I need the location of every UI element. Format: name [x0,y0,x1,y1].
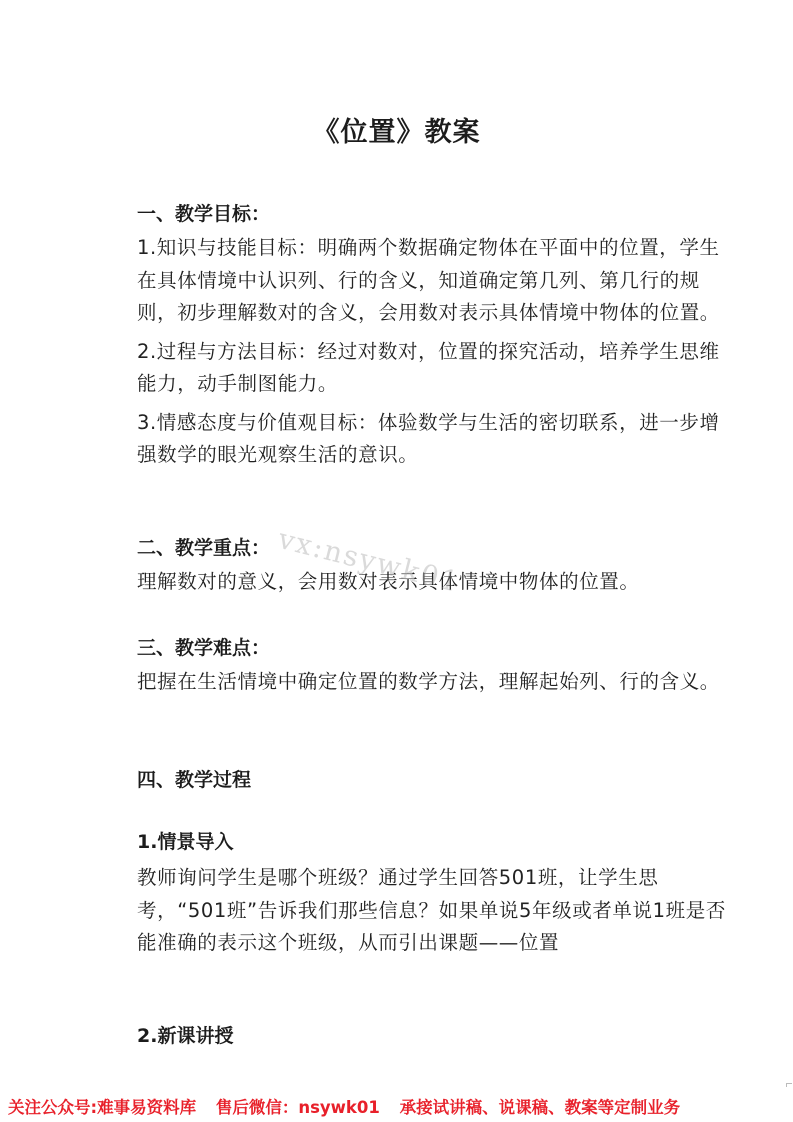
difficulty-paragraph: 把握在生活情境中确定位置的数学方法，理解起始列、行的含义。 [137,666,727,699]
subsection-heading: 1.情景导入 [137,828,727,856]
section-teaching-objectives: 一、教学目标： 1.知识与技能目标：明确两个数据确定物体在平面中的位置，学生在具… [137,200,727,472]
footer-account-text: 关注公众号:难事易资料库 [8,1098,196,1117]
objective-paragraph-1: 1.知识与技能目标：明确两个数据确定物体在平面中的位置，学生在具体情境中认识列、… [137,232,727,330]
scenario-intro-paragraph: 教师询问学生是哪个班级？通过学生回答501班，让学生思考，“501班”告诉我们那… [137,862,727,960]
footer-wechat-text: 售后微信：nsywk01 [216,1098,380,1117]
subsection-new-lesson: 2.新课讲授 [137,1022,727,1050]
objective-paragraph-2: 2.过程与方法目标：经过对数对，位置的探究活动，培养学生思维能力，动手制图能力。 [137,336,727,401]
subsection-heading: 2.新课讲授 [137,1022,727,1050]
page-title: 《位置》教案 [0,110,793,149]
objective-paragraph-3: 3.情感态度与价值观目标：体验数学与生活的密切联系，进一步增强数学的眼光观察生活… [137,407,727,472]
page-edge-mark [786,1083,792,1087]
document-page: 《位置》教案 一、教学目标： 1.知识与技能目标：明确两个数据确定物体在平面中的… [0,0,793,1122]
section-heading: 二、教学重点： [137,534,727,562]
subsection-scenario-intro: 1.情景导入 教师询问学生是哪个班级？通过学生回答501班，让学生思考，“501… [137,828,727,960]
section-heading: 一、教学目标： [137,200,727,228]
section-heading: 三、教学难点： [137,634,727,662]
footer-service-text: 承接试讲稿、说课稿、教案等定制业务 [400,1098,681,1117]
key-point-paragraph: 理解数对的意义，会用数对表示具体情境中物体的位置。 [137,566,727,599]
section-teaching-difficulties: 三、教学难点： 把握在生活情境中确定位置的数学方法，理解起始列、行的含义。 [137,634,727,699]
promo-footer: 关注公众号:难事易资料库 售后微信：nsywk01 承接试讲稿、说课稿、教案等定… [0,1094,793,1122]
section-heading: 四、教学过程 [137,766,727,794]
section-teaching-process: 四、教学过程 [137,766,727,794]
section-teaching-key-points: 二、教学重点： 理解数对的意义，会用数对表示具体情境中物体的位置。 [137,534,727,599]
